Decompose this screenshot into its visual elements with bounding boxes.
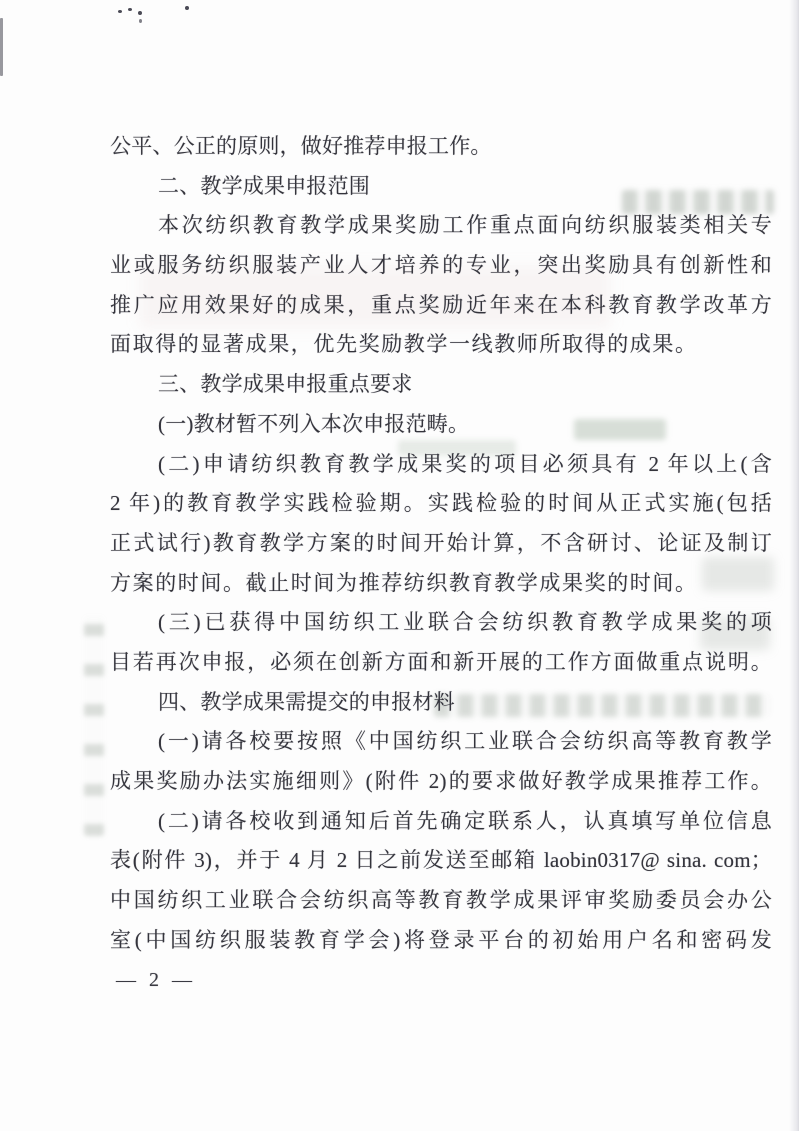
ink-speck xyxy=(138,11,142,15)
scan-edge-shadow xyxy=(789,0,799,1131)
text-line: (二)请各校收到通知后首先确定联系人，认真填写单位信息 xyxy=(110,802,772,842)
text-line: 中国纺织工业联合会纺织高等教育教学成果评审奖励委员会办公 xyxy=(110,881,772,921)
text-line: 公平、公正的原则，做好推荐申报工作。 xyxy=(110,127,772,167)
text-line: 本次纺织教育教学成果奖励工作重点面向纺织服装类相关专 xyxy=(110,206,772,246)
text-line: 2 年)的教育教学实践检验期。实践检验的时间从正式实施(包括 xyxy=(110,484,772,524)
text-line: (二)申请纺织教育教学成果奖的项目必须具有 2 年以上(含 xyxy=(110,445,772,485)
text-line: 面取得的显著成果，优先奖励教学一线教师所取得的成果。 xyxy=(110,325,772,365)
document-page: 公平、公正的原则，做好推荐申报工作。二、教学成果申报范围本次纺织教育教学成果奖励… xyxy=(0,0,799,1131)
text-line: (一)请各校要按照《中国纺织工业联合会纺织高等教育教学 xyxy=(110,722,772,762)
ink-speck xyxy=(128,8,132,11)
text-line: 成果奖励办法实施细则》(附件 2)的要求做好教学成果推荐工作。 xyxy=(110,762,772,802)
ink-speck xyxy=(185,6,189,10)
bleedthrough-smudge xyxy=(84,616,104,836)
text-line: 表(附件 3)，并于 4 月 2 日之前发送至邮箱 laobin0317@ si… xyxy=(110,841,772,881)
scan-edge-mark xyxy=(0,18,3,76)
text-line: (三)已获得中国纺织工业联合会纺织教育教学成果奖的项 xyxy=(110,603,772,643)
text-line: 三、教学成果申报重点要求 xyxy=(110,365,772,405)
text-line: 正式试行)教育教学方案的时间开始计算，不含研讨、论证及制订 xyxy=(110,524,772,564)
text-line: 四、教学成果需提交的申报材料 xyxy=(110,683,772,723)
text-line: (一)教材暂不列入本次申报范畴。 xyxy=(110,405,772,445)
text-line: 推广应用效果好的成果，重点奖励近年来在本科教育教学改革方 xyxy=(110,286,772,326)
text-line: 业或服务纺织服装产业人才培养的专业，突出奖励具有创新性和 xyxy=(110,246,772,286)
text-line: 目若再次申报，必须在创新方面和新开展的工作方面做重点说明。 xyxy=(110,643,772,683)
text-line: 室(中国纺织服装教育学会)将登录平台的初始用户名和密码发 xyxy=(110,921,772,961)
ink-speck xyxy=(118,10,122,13)
text-line: 二、教学成果申报范围 xyxy=(110,167,772,207)
ink-speck xyxy=(139,19,142,23)
page-number: — 2 — xyxy=(116,962,196,998)
text-line: 方案的时间。截止时间为推荐纺织教育教学成果奖的时间。 xyxy=(110,564,772,604)
document-body: 公平、公正的原则，做好推荐申报工作。二、教学成果申报范围本次纺织教育教学成果奖励… xyxy=(110,127,772,960)
